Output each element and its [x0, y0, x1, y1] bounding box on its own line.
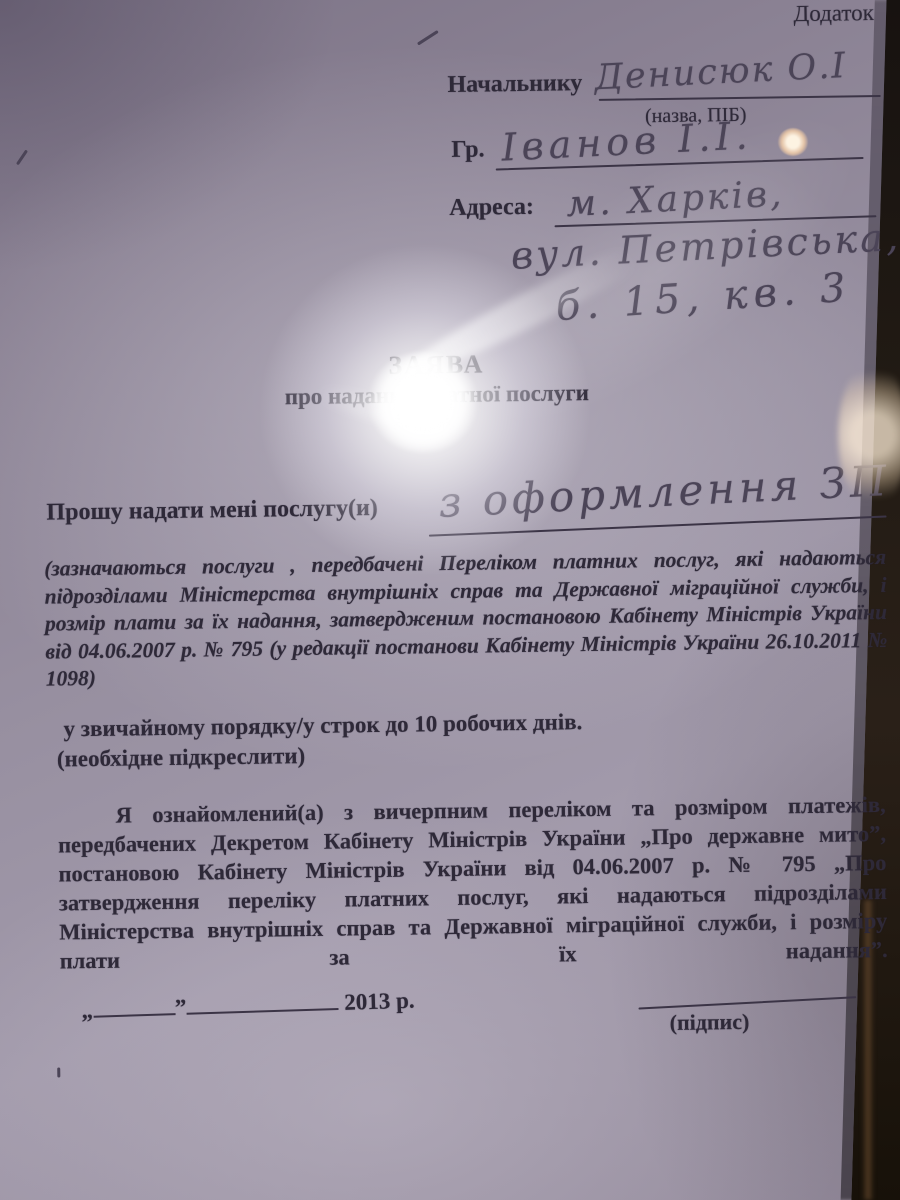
- form-title: ЗАЯВА: [276, 348, 596, 382]
- pen-mark: [16, 150, 28, 166]
- address-handwritten-line3: б. 15, кв. 3: [554, 265, 853, 331]
- citizen-label: Гр.: [451, 136, 484, 163]
- acknowledgement-paragraph: Я ознайомлений(а) з вичерпним переліком …: [57, 790, 887, 976]
- date-row: „”2013 р.: [81, 988, 415, 1024]
- term-hint: (необхідне підкреслити): [57, 743, 306, 772]
- form-subtitle: про надання платної послуги: [177, 379, 697, 412]
- date-day-blank: [93, 1013, 175, 1018]
- signature-hint: (підпис): [669, 1009, 749, 1036]
- recipient-handwritten-value: Денисюк О.І: [594, 46, 849, 98]
- pen-mark: [57, 1067, 60, 1077]
- document-content: Додаток Начальнику Денисюк О.І (назва, П…: [0, 0, 900, 1200]
- document-photo: Додаток Начальнику Денисюк О.І (назва, П…: [0, 0, 900, 1200]
- pen-mark: [417, 30, 439, 46]
- date-close-quote: ”: [174, 995, 186, 1020]
- date-open-quote: „: [81, 998, 93, 1023]
- appendix-label: Додаток: [793, 0, 874, 27]
- request-label: Прошу надати мені послугу(и): [46, 495, 378, 527]
- recipient-label: Начальнику: [447, 70, 582, 99]
- request-handwritten-value: з оформлення ЗП: [437, 456, 891, 527]
- address-label: Адреса:: [449, 194, 534, 222]
- signature-line: [638, 996, 856, 1009]
- term-line: у звичайному порядку/у строк до 10 робоч…: [63, 709, 582, 742]
- date-year-label: 2013 р.: [344, 988, 415, 1015]
- address-handwritten-line1: м. Харків,: [565, 174, 785, 226]
- date-month-blank: [187, 1008, 339, 1015]
- explanatory-note: (зазначаються послуги , передбачені Пере…: [44, 544, 888, 693]
